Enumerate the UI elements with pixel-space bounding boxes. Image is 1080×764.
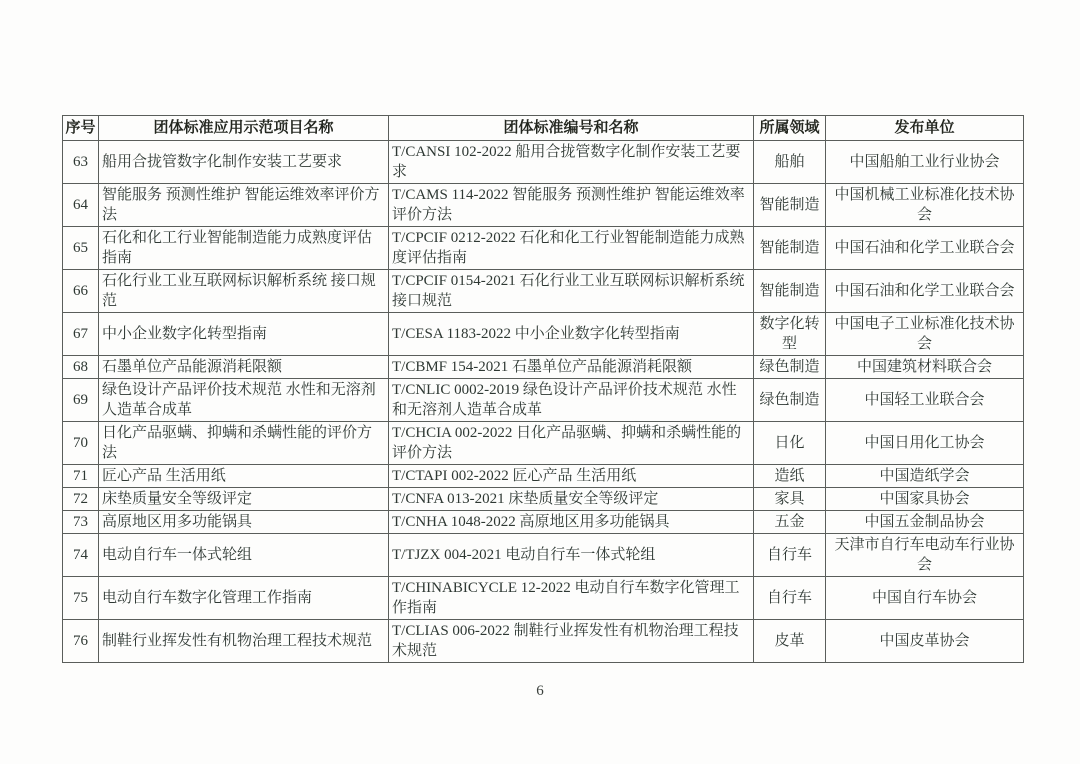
cell-project-name: 绿色设计产品评价技术规范 水性和无溶剂人造革合成革 bbox=[99, 379, 389, 422]
cell-no: 74 bbox=[63, 534, 99, 577]
cell-field: 五金 bbox=[754, 511, 826, 534]
table-row: 76制鞋行业挥发性有机物治理工程技术规范T/CLIAS 006-2022 制鞋行… bbox=[63, 620, 1024, 663]
cell-standard-number-name: T/CANSI 102-2022 船用合拢管数字化制作安装工艺要求 bbox=[389, 141, 754, 184]
cell-publisher: 中国自行车协会 bbox=[826, 577, 1024, 620]
cell-no: 71 bbox=[63, 465, 99, 488]
cell-no: 75 bbox=[63, 577, 99, 620]
cell-field: 智能制造 bbox=[754, 227, 826, 270]
cell-standard-number-name: T/CNHA 1048-2022 高原地区用多功能锅具 bbox=[389, 511, 754, 534]
cell-field: 造纸 bbox=[754, 465, 826, 488]
page-number: 6 bbox=[0, 683, 1080, 700]
cell-field: 绿色制造 bbox=[754, 356, 826, 379]
cell-publisher: 中国石油和化学工业联合会 bbox=[826, 227, 1024, 270]
cell-field: 船舶 bbox=[754, 141, 826, 184]
table-row: 68石墨单位产品能源消耗限额T/CBMF 154-2021 石墨单位产品能源消耗… bbox=[63, 356, 1024, 379]
table-row: 75电动自行车数字化管理工作指南T/CHINABICYCLE 12-2022 电… bbox=[63, 577, 1024, 620]
cell-standard-number-name: T/CNLIC 0002-2019 绿色设计产品评价技术规范 水性和无溶剂人造革… bbox=[389, 379, 754, 422]
cell-field: 数字化转型 bbox=[754, 313, 826, 356]
cell-project-name: 高原地区用多功能锅具 bbox=[99, 511, 389, 534]
cell-standard-number-name: T/CPCIF 0154-2021 石化行业工业互联网标识解析系统 接口规范 bbox=[389, 270, 754, 313]
cell-no: 70 bbox=[63, 422, 99, 465]
col-header-no: 序号 bbox=[63, 116, 99, 141]
cell-no: 67 bbox=[63, 313, 99, 356]
table-row: 66石化行业工业互联网标识解析系统 接口规范T/CPCIF 0154-2021 … bbox=[63, 270, 1024, 313]
cell-standard-number-name: T/CBMF 154-2021 石墨单位产品能源消耗限额 bbox=[389, 356, 754, 379]
table-row: 71匠心产品 生活用纸T/CTAPI 002-2022 匠心产品 生活用纸造纸中… bbox=[63, 465, 1024, 488]
cell-field: 绿色制造 bbox=[754, 379, 826, 422]
cell-standard-number-name: T/TJZX 004-2021 电动自行车一体式轮组 bbox=[389, 534, 754, 577]
cell-project-name: 电动自行车一体式轮组 bbox=[99, 534, 389, 577]
cell-project-name: 中小企业数字化转型指南 bbox=[99, 313, 389, 356]
cell-publisher: 中国电子工业标准化技术协会 bbox=[826, 313, 1024, 356]
table-row: 67中小企业数字化转型指南T/CESA 1183-2022 中小企业数字化转型指… bbox=[63, 313, 1024, 356]
cell-project-name: 日化产品驱螨、抑螨和杀螨性能的评价方法 bbox=[99, 422, 389, 465]
cell-standard-number-name: T/CLIAS 006-2022 制鞋行业挥发性有机物治理工程技术规范 bbox=[389, 620, 754, 663]
cell-field: 自行车 bbox=[754, 577, 826, 620]
cell-field: 家具 bbox=[754, 488, 826, 511]
col-header-publisher: 发布单位 bbox=[826, 116, 1024, 141]
col-header-project: 团体标准应用示范项目名称 bbox=[99, 116, 389, 141]
cell-project-name: 匠心产品 生活用纸 bbox=[99, 465, 389, 488]
cell-field: 智能制造 bbox=[754, 184, 826, 227]
cell-project-name: 船用合拢管数字化制作安装工艺要求 bbox=[99, 141, 389, 184]
cell-standard-number-name: T/CPCIF 0212-2022 石化和化工行业智能制造能力成熟度评估指南 bbox=[389, 227, 754, 270]
cell-publisher: 中国五金制品协会 bbox=[826, 511, 1024, 534]
cell-standard-number-name: T/CHINABICYCLE 12-2022 电动自行车数字化管理工作指南 bbox=[389, 577, 754, 620]
document-page: 序号 团体标准应用示范项目名称 团体标准编号和名称 所属领域 发布单位 63船用… bbox=[0, 0, 1080, 764]
cell-no: 69 bbox=[63, 379, 99, 422]
standards-table: 序号 团体标准应用示范项目名称 团体标准编号和名称 所属领域 发布单位 63船用… bbox=[62, 115, 1024, 663]
cell-project-name: 石墨单位产品能源消耗限额 bbox=[99, 356, 389, 379]
table-row: 69绿色设计产品评价技术规范 水性和无溶剂人造革合成革T/CNLIC 0002-… bbox=[63, 379, 1024, 422]
col-header-field: 所属领域 bbox=[754, 116, 826, 141]
cell-standard-number-name: T/CNFA 013-2021 床垫质量安全等级评定 bbox=[389, 488, 754, 511]
cell-publisher: 中国石油和化学工业联合会 bbox=[826, 270, 1024, 313]
cell-field: 智能制造 bbox=[754, 270, 826, 313]
table-row: 65石化和化工行业智能制造能力成熟度评估指南T/CPCIF 0212-2022 … bbox=[63, 227, 1024, 270]
cell-no: 63 bbox=[63, 141, 99, 184]
table-row: 74电动自行车一体式轮组T/TJZX 004-2021 电动自行车一体式轮组自行… bbox=[63, 534, 1024, 577]
cell-standard-number-name: T/CESA 1183-2022 中小企业数字化转型指南 bbox=[389, 313, 754, 356]
cell-no: 72 bbox=[63, 488, 99, 511]
cell-standard-number-name: T/CHCIA 002-2022 日化产品驱螨、抑螨和杀螨性能的评价方法 bbox=[389, 422, 754, 465]
cell-no: 68 bbox=[63, 356, 99, 379]
cell-standard-number-name: T/CAMS 114-2022 智能服务 预测性维护 智能运维效率评价方法 bbox=[389, 184, 754, 227]
cell-publisher: 中国船舶工业行业协会 bbox=[826, 141, 1024, 184]
cell-publisher: 中国皮革协会 bbox=[826, 620, 1024, 663]
table-row: 64智能服务 预测性维护 智能运维效率评价方法T/CAMS 114-2022 智… bbox=[63, 184, 1024, 227]
cell-project-name: 制鞋行业挥发性有机物治理工程技术规范 bbox=[99, 620, 389, 663]
cell-field: 皮革 bbox=[754, 620, 826, 663]
table-body: 63船用合拢管数字化制作安装工艺要求T/CANSI 102-2022 船用合拢管… bbox=[63, 141, 1024, 663]
table-row: 70日化产品驱螨、抑螨和杀螨性能的评价方法T/CHCIA 002-2022 日化… bbox=[63, 422, 1024, 465]
cell-no: 64 bbox=[63, 184, 99, 227]
cell-publisher: 中国日用化工协会 bbox=[826, 422, 1024, 465]
cell-project-name: 智能服务 预测性维护 智能运维效率评价方法 bbox=[99, 184, 389, 227]
cell-project-name: 石化和化工行业智能制造能力成熟度评估指南 bbox=[99, 227, 389, 270]
cell-publisher: 中国建筑材料联合会 bbox=[826, 356, 1024, 379]
cell-project-name: 石化行业工业互联网标识解析系统 接口规范 bbox=[99, 270, 389, 313]
cell-publisher: 中国造纸学会 bbox=[826, 465, 1024, 488]
cell-publisher: 中国轻工业联合会 bbox=[826, 379, 1024, 422]
table-row: 72床垫质量安全等级评定T/CNFA 013-2021 床垫质量安全等级评定家具… bbox=[63, 488, 1024, 511]
table-row: 63船用合拢管数字化制作安装工艺要求T/CANSI 102-2022 船用合拢管… bbox=[63, 141, 1024, 184]
cell-no: 73 bbox=[63, 511, 99, 534]
cell-publisher: 中国家具协会 bbox=[826, 488, 1024, 511]
cell-standard-number-name: T/CTAPI 002-2022 匠心产品 生活用纸 bbox=[389, 465, 754, 488]
cell-no: 76 bbox=[63, 620, 99, 663]
table-header-row: 序号 团体标准应用示范项目名称 团体标准编号和名称 所属领域 发布单位 bbox=[63, 116, 1024, 141]
cell-publisher: 天津市自行车电动车行业协会 bbox=[826, 534, 1024, 577]
cell-field: 自行车 bbox=[754, 534, 826, 577]
cell-project-name: 床垫质量安全等级评定 bbox=[99, 488, 389, 511]
cell-no: 66 bbox=[63, 270, 99, 313]
cell-project-name: 电动自行车数字化管理工作指南 bbox=[99, 577, 389, 620]
col-header-standard: 团体标准编号和名称 bbox=[389, 116, 754, 141]
cell-publisher: 中国机械工业标准化技术协会 bbox=[826, 184, 1024, 227]
cell-no: 65 bbox=[63, 227, 99, 270]
cell-field: 日化 bbox=[754, 422, 826, 465]
table-row: 73高原地区用多功能锅具T/CNHA 1048-2022 高原地区用多功能锅具五… bbox=[63, 511, 1024, 534]
